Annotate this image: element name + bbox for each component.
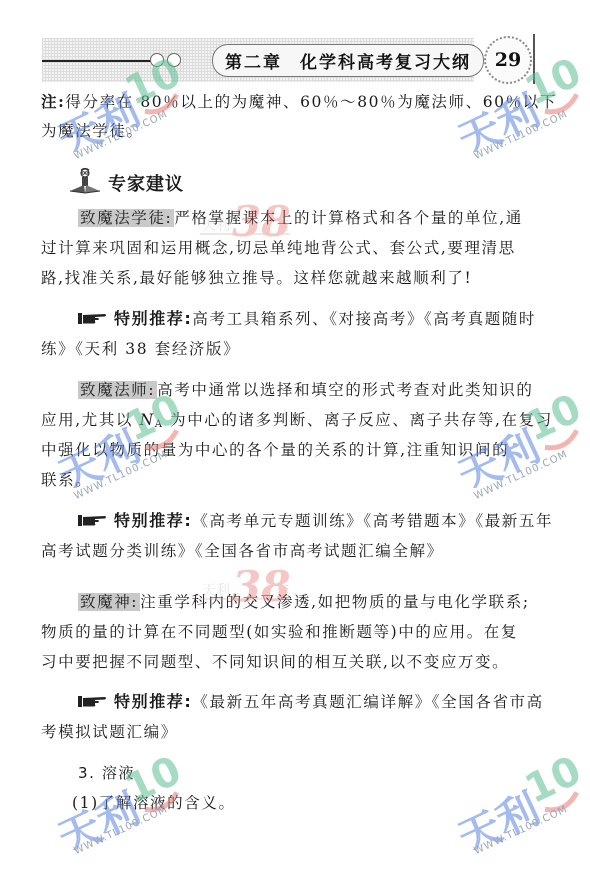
recommend-label: 特别推荐:: [114, 309, 192, 328]
chapter-number: 第二章: [225, 48, 282, 73]
advice-apprentice-line-2: 过计算来巩固和运用概念,切忌单纯地背公式、套公式,要理清思: [41, 238, 544, 258]
section-heading: 专家建议: [68, 167, 184, 199]
chapter-title: 化学科高考复习大纲: [300, 48, 471, 73]
note-paragraph: 注:得分率在 80％以上的为魔神、60％～80％为魔法师、60％以下: [41, 92, 544, 112]
symbol-subscript: A: [155, 419, 164, 430]
advice-apprentice-line-3: 路,找准关系,最好能够独立推导。这样您就越来越顺利了!: [41, 268, 544, 288]
advice-apprentice-label: 致魔法学徒:: [78, 209, 174, 227]
topic-item-1: (1)了解溶液的含义。: [72, 793, 544, 813]
advice-mage-label: 致魔法师:: [78, 381, 157, 399]
advice-text: 严格掌握课本上的计算格式和各个量的单位,通: [174, 209, 523, 227]
page-number-badge: 29: [484, 36, 532, 84]
recommend-text: 高考工具箱系列、《对接高考》《高考真题随时: [192, 310, 536, 328]
topic-heading: 3. 溶液: [78, 763, 544, 783]
chapter-title-pill: 第二章 化学科高考复习大纲: [212, 44, 484, 77]
advice-archmage-label: 致魔神:: [78, 593, 140, 611]
advice-mage-line-4: 联系。: [41, 470, 544, 490]
recommend-archmage-line-1: 特别推荐:《最新五年高考真题汇编详解》《全国各省市高: [78, 692, 544, 713]
avogadro-symbol: NA: [140, 411, 164, 429]
pointing-hand-icon: [78, 693, 108, 713]
recommend-apprentice-line-1: 特别推荐:高考工具箱系列、《对接高考》《高考真题随时: [78, 309, 544, 330]
section-title: 专家建议: [108, 170, 184, 196]
advice-text: 为中心的诸多判断、离子反应、离子共存等,在复习: [164, 411, 553, 429]
reading-student-icon: [68, 167, 102, 199]
recommend-label: 特别推荐:: [114, 692, 192, 711]
note-label: 注:: [41, 92, 65, 111]
advice-text: 注重学科内的交叉渗透,如把物质的量与电化学联系;: [140, 593, 530, 611]
advice-archmage-line-1: 致魔神:注重学科内的交叉渗透,如把物质的量与电化学联系;: [78, 592, 544, 612]
advice-mage-line-1: 致魔法师:高考中通常以选择和填空的形式考查对此类知识的: [78, 380, 544, 400]
header-rule-line: [42, 60, 152, 62]
advice-apprentice-line-1: 致魔法学徒:严格掌握课本上的计算格式和各个量的单位,通: [78, 208, 544, 228]
recommend-text: 《最新五年高考真题汇编详解》《全国各省市高: [192, 693, 543, 711]
recommend-mage-line-2: 高考试题分类训练》《全国各省市高考试题汇编全解》: [41, 541, 544, 561]
advice-text: 应用,尤其以: [41, 411, 140, 429]
recommend-apprentice-line-2: 练》《天利 38 套经济版》: [41, 339, 544, 359]
advice-mage-line-3: 中强化以物质的量为中心的各个量的关系的计算,注重知识间的: [41, 440, 544, 460]
advice-text: 高考中通常以选择和填空的形式考查对此类知识的: [157, 381, 533, 399]
page-number: 29: [495, 49, 521, 71]
pointing-hand-icon: [78, 512, 108, 532]
recommend-text: 《高考单元专题训练》《高考错题本》《最新五年: [192, 512, 553, 530]
advice-mage-line-2: 应用,尤其以 NA 为中心的诸多判断、离子反应、离子共存等,在复习: [41, 410, 544, 435]
header-ring-ornament: [167, 53, 181, 67]
advice-archmage-line-3: 习中要把握不同题型、不同知识间的相互关联,以不变应万变。: [41, 652, 544, 672]
note-text-line-1: 得分率在 80％以上的为魔神、60％～80％为魔法师、60％以下: [65, 93, 557, 111]
advice-archmage-line-2: 物质的量的计算在不同题型(如实验和推断题等)中的应用。在复: [41, 622, 544, 642]
recommend-mage-line-1: 特别推荐:《高考单元专题训练》《高考错题本》《最新五年: [78, 511, 544, 532]
symbol-main: N: [140, 411, 155, 429]
note-text-line-2: 为魔法学徒。: [41, 121, 544, 141]
recommend-archmage-line-2: 考模拟试题汇编》: [41, 722, 544, 742]
pointing-hand-icon: [78, 310, 108, 330]
header-divider: [533, 34, 535, 84]
recommend-label: 特别推荐:: [114, 511, 192, 530]
header-ring-ornament: [150, 53, 164, 67]
